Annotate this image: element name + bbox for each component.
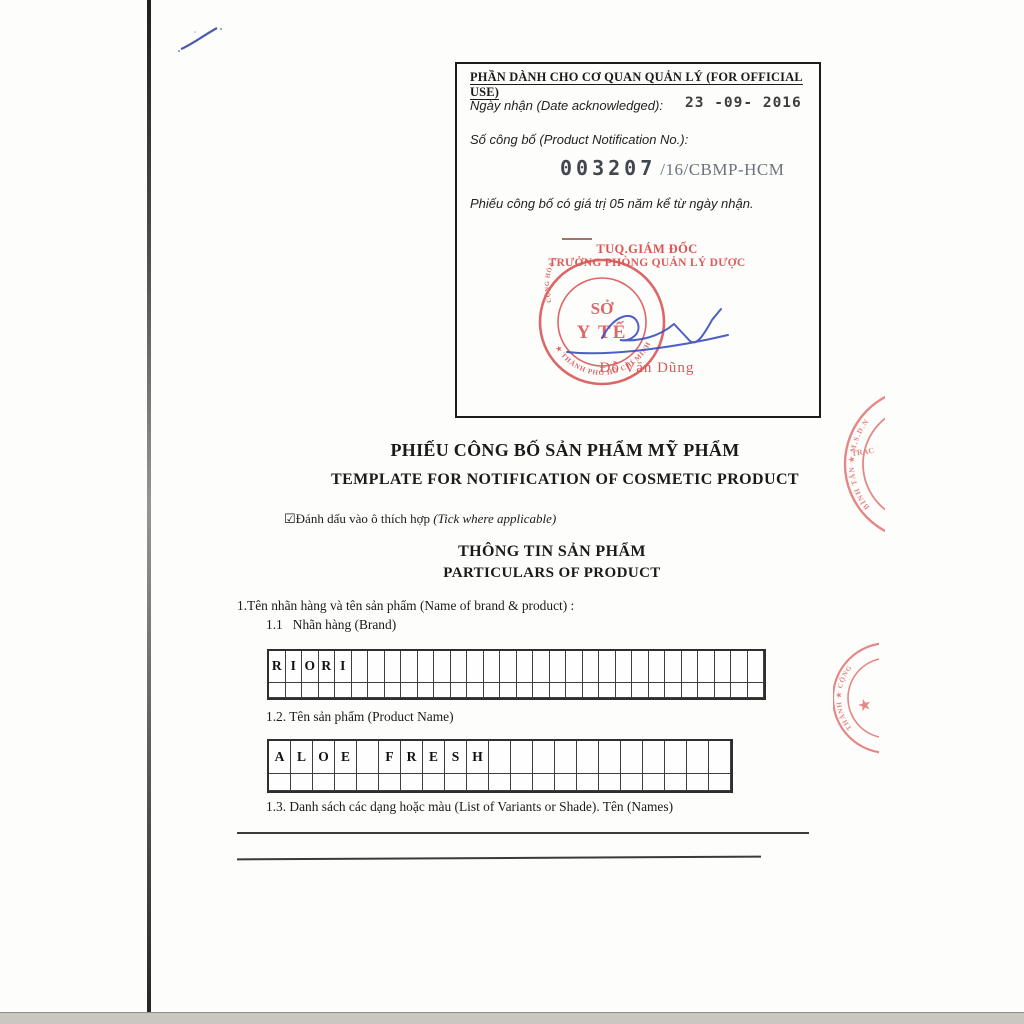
grid-cell: [632, 683, 649, 699]
grid-cell: [434, 651, 451, 683]
grid-cell: [489, 774, 511, 791]
grid-cell: [621, 774, 643, 791]
grid-cell: R: [269, 651, 286, 683]
grid-cell: [533, 683, 550, 699]
grid-cell: [467, 683, 484, 699]
grid-cell: [632, 651, 649, 683]
grid-cell: [731, 651, 748, 683]
grid-cell: [357, 741, 379, 774]
grid-cell: [577, 741, 599, 774]
tick-instruction-en: (Tick where applicable): [433, 511, 556, 526]
grid-cell: [616, 683, 633, 699]
grid-cell: [649, 651, 666, 683]
grid-cell: [555, 741, 577, 774]
grid-cell: [291, 774, 313, 791]
grid-cell: [368, 651, 385, 683]
field-1-3-label: 1.3. Danh sách các dạng hoặc màu (List o…: [266, 799, 673, 815]
grid-cell: [286, 683, 303, 699]
grid-cell: [385, 683, 402, 699]
grid-cell: I: [335, 651, 352, 683]
grid-cell: [401, 651, 418, 683]
grid-cell: [616, 651, 633, 683]
grid-cell: H: [467, 741, 489, 774]
section-heading-vi: THÔNG TIN SẢN PHẨM: [252, 543, 852, 561]
grid-cell: [423, 774, 445, 791]
grid-cell: [748, 683, 765, 699]
grid-cell: [566, 651, 583, 683]
blank-fill-line-2: [237, 856, 761, 861]
grid-cell: O: [302, 651, 319, 683]
document-title-vi: PHIẾU CÔNG BỐ SẢN PHẨM MỸ PHẨM: [265, 440, 865, 461]
validity-note: Phiếu công bố có giá trị 05 năm kể từ ng…: [470, 196, 754, 211]
grid-cell: [368, 683, 385, 699]
date-acknowledged-stamp: 23 -09- 2016: [685, 95, 802, 111]
edge-stamp-upper: BÌNH TÂN ★ M.S.D.N: 03 TRÁC: [840, 388, 885, 540]
grid-cell: R: [401, 741, 423, 774]
grid-cell: [401, 774, 423, 791]
grid-cell: [335, 774, 357, 791]
grid-cell: F: [379, 741, 401, 774]
grid-cell: [385, 651, 402, 683]
grid-cell: [583, 651, 600, 683]
grid-cell: L: [291, 741, 313, 774]
grid-cell: [269, 683, 286, 699]
grid-cell: [687, 741, 709, 774]
grid-cell: [665, 774, 687, 791]
grid-cell: [418, 651, 435, 683]
grid-cell: [533, 774, 555, 791]
grid-cell: [484, 683, 501, 699]
grid-cell: [583, 683, 600, 699]
grid-cell: [489, 741, 511, 774]
field-1-1-label: 1.1 Nhãn hàng (Brand): [266, 617, 396, 633]
grid-cell: [445, 774, 467, 791]
grid-cell: [451, 651, 468, 683]
signature: [542, 286, 742, 366]
grid-cell: [357, 774, 379, 791]
edge-stamp-lower: THÀNH ★ CỘNG HÒA XÃ HỘ ★: [833, 640, 879, 755]
notification-number-suffix: /16/CBMP-HCM: [660, 160, 784, 179]
grid-cell: [643, 741, 665, 774]
grid-cell: [550, 651, 567, 683]
pen-dash: [562, 238, 592, 240]
grid-cell: [698, 651, 715, 683]
grid-cell: [709, 741, 731, 774]
grid-cell: [533, 741, 555, 774]
grid-cell: [319, 683, 336, 699]
tick-instruction: ☑Đánh dấu vào ô thích hợp (Tick where ap…: [284, 511, 556, 527]
field-1-label: 1.Tên nhãn hàng và tên sản phẩm (Name of…: [237, 598, 574, 614]
grid-cell: [517, 651, 534, 683]
grid-cell: [352, 683, 369, 699]
grid-cell: I: [286, 651, 303, 683]
grid-cell: [500, 651, 517, 683]
grid-cell: [665, 741, 687, 774]
edge-stamp-lower-star-icon: ★: [856, 696, 874, 716]
grid-cell: [379, 774, 401, 791]
grid-cell: [550, 683, 567, 699]
grid-cell: [555, 774, 577, 791]
grid-cell: [621, 741, 643, 774]
grid-cell: [434, 683, 451, 699]
grid-cell: A: [269, 741, 291, 774]
scan-left-edge: [147, 0, 151, 1013]
grid-cell: R: [319, 651, 336, 683]
grid-cell: [467, 651, 484, 683]
grid-cell: [401, 683, 418, 699]
pen-mark: [175, 22, 245, 57]
field-1-2-label: 1.2. Tên sản phẩm (Product Name): [266, 709, 454, 725]
grid-cell: [643, 774, 665, 791]
grid-cell: [715, 651, 732, 683]
official-use-box: PHẦN DÀNH CHO CƠ QUAN QUẢN LÝ (FOR OFFIC…: [455, 62, 821, 418]
grid-cell: [500, 683, 517, 699]
grid-cell: [599, 741, 621, 774]
grid-cell: [665, 683, 682, 699]
grid-cell: [715, 683, 732, 699]
grid-cell: [451, 683, 468, 699]
notification-number-label: Số công bố (Product Notification No.):: [470, 132, 688, 147]
notification-number-stamp: 003207: [560, 156, 656, 180]
grid-cell: [335, 683, 352, 699]
date-acknowledged-label: Ngày nhận (Date acknowledged):: [470, 98, 663, 113]
product-letter-grid: ALOEFRESH: [267, 739, 733, 793]
grid-cell: E: [335, 741, 357, 774]
grid-cell: [302, 683, 319, 699]
tick-instruction-vi: Đánh dấu vào ô thích hợp: [296, 511, 434, 526]
signer-title-1: TUQ.GIÁM ĐỐC: [517, 242, 777, 257]
notification-number-row: 003207 /16/CBMP-HCM: [560, 156, 784, 180]
blank-fill-line-1: [237, 832, 809, 834]
grid-cell: [599, 774, 621, 791]
grid-cell: [709, 774, 731, 791]
grid-cell: [511, 741, 533, 774]
grid-cell: [313, 774, 335, 791]
grid-cell: [599, 651, 616, 683]
grid-cell: [731, 683, 748, 699]
brand-letter-grid: RIORI: [267, 649, 766, 700]
grid-cell: [682, 651, 699, 683]
grid-cell: [649, 683, 666, 699]
grid-cell: [665, 651, 682, 683]
grid-cell: [352, 651, 369, 683]
grid-cell: E: [423, 741, 445, 774]
section-heading-en: PARTICULARS OF PRODUCT: [252, 565, 852, 582]
grid-cell: [698, 683, 715, 699]
grid-cell: [269, 774, 291, 791]
grid-cell: [748, 651, 765, 683]
grid-cell: [577, 774, 599, 791]
checked-checkbox-icon: ☑: [284, 512, 296, 527]
grid-cell: [599, 683, 616, 699]
grid-cell: [687, 774, 709, 791]
grid-cell: S: [445, 741, 467, 774]
grid-cell: [566, 683, 583, 699]
scanned-document-page: PHẦN DÀNH CHO CƠ QUAN QUẢN LÝ (FOR OFFIC…: [0, 0, 1024, 1024]
grid-cell: [511, 774, 533, 791]
scan-bottom-edge: [0, 1012, 1024, 1024]
grid-cell: [533, 651, 550, 683]
grid-cell: [418, 683, 435, 699]
grid-cell: [484, 651, 501, 683]
grid-cell: O: [313, 741, 335, 774]
grid-cell: [682, 683, 699, 699]
grid-cell: [517, 683, 534, 699]
document-title-en: TEMPLATE FOR NOTIFICATION OF COSMETIC PR…: [265, 471, 865, 489]
grid-cell: [467, 774, 489, 791]
